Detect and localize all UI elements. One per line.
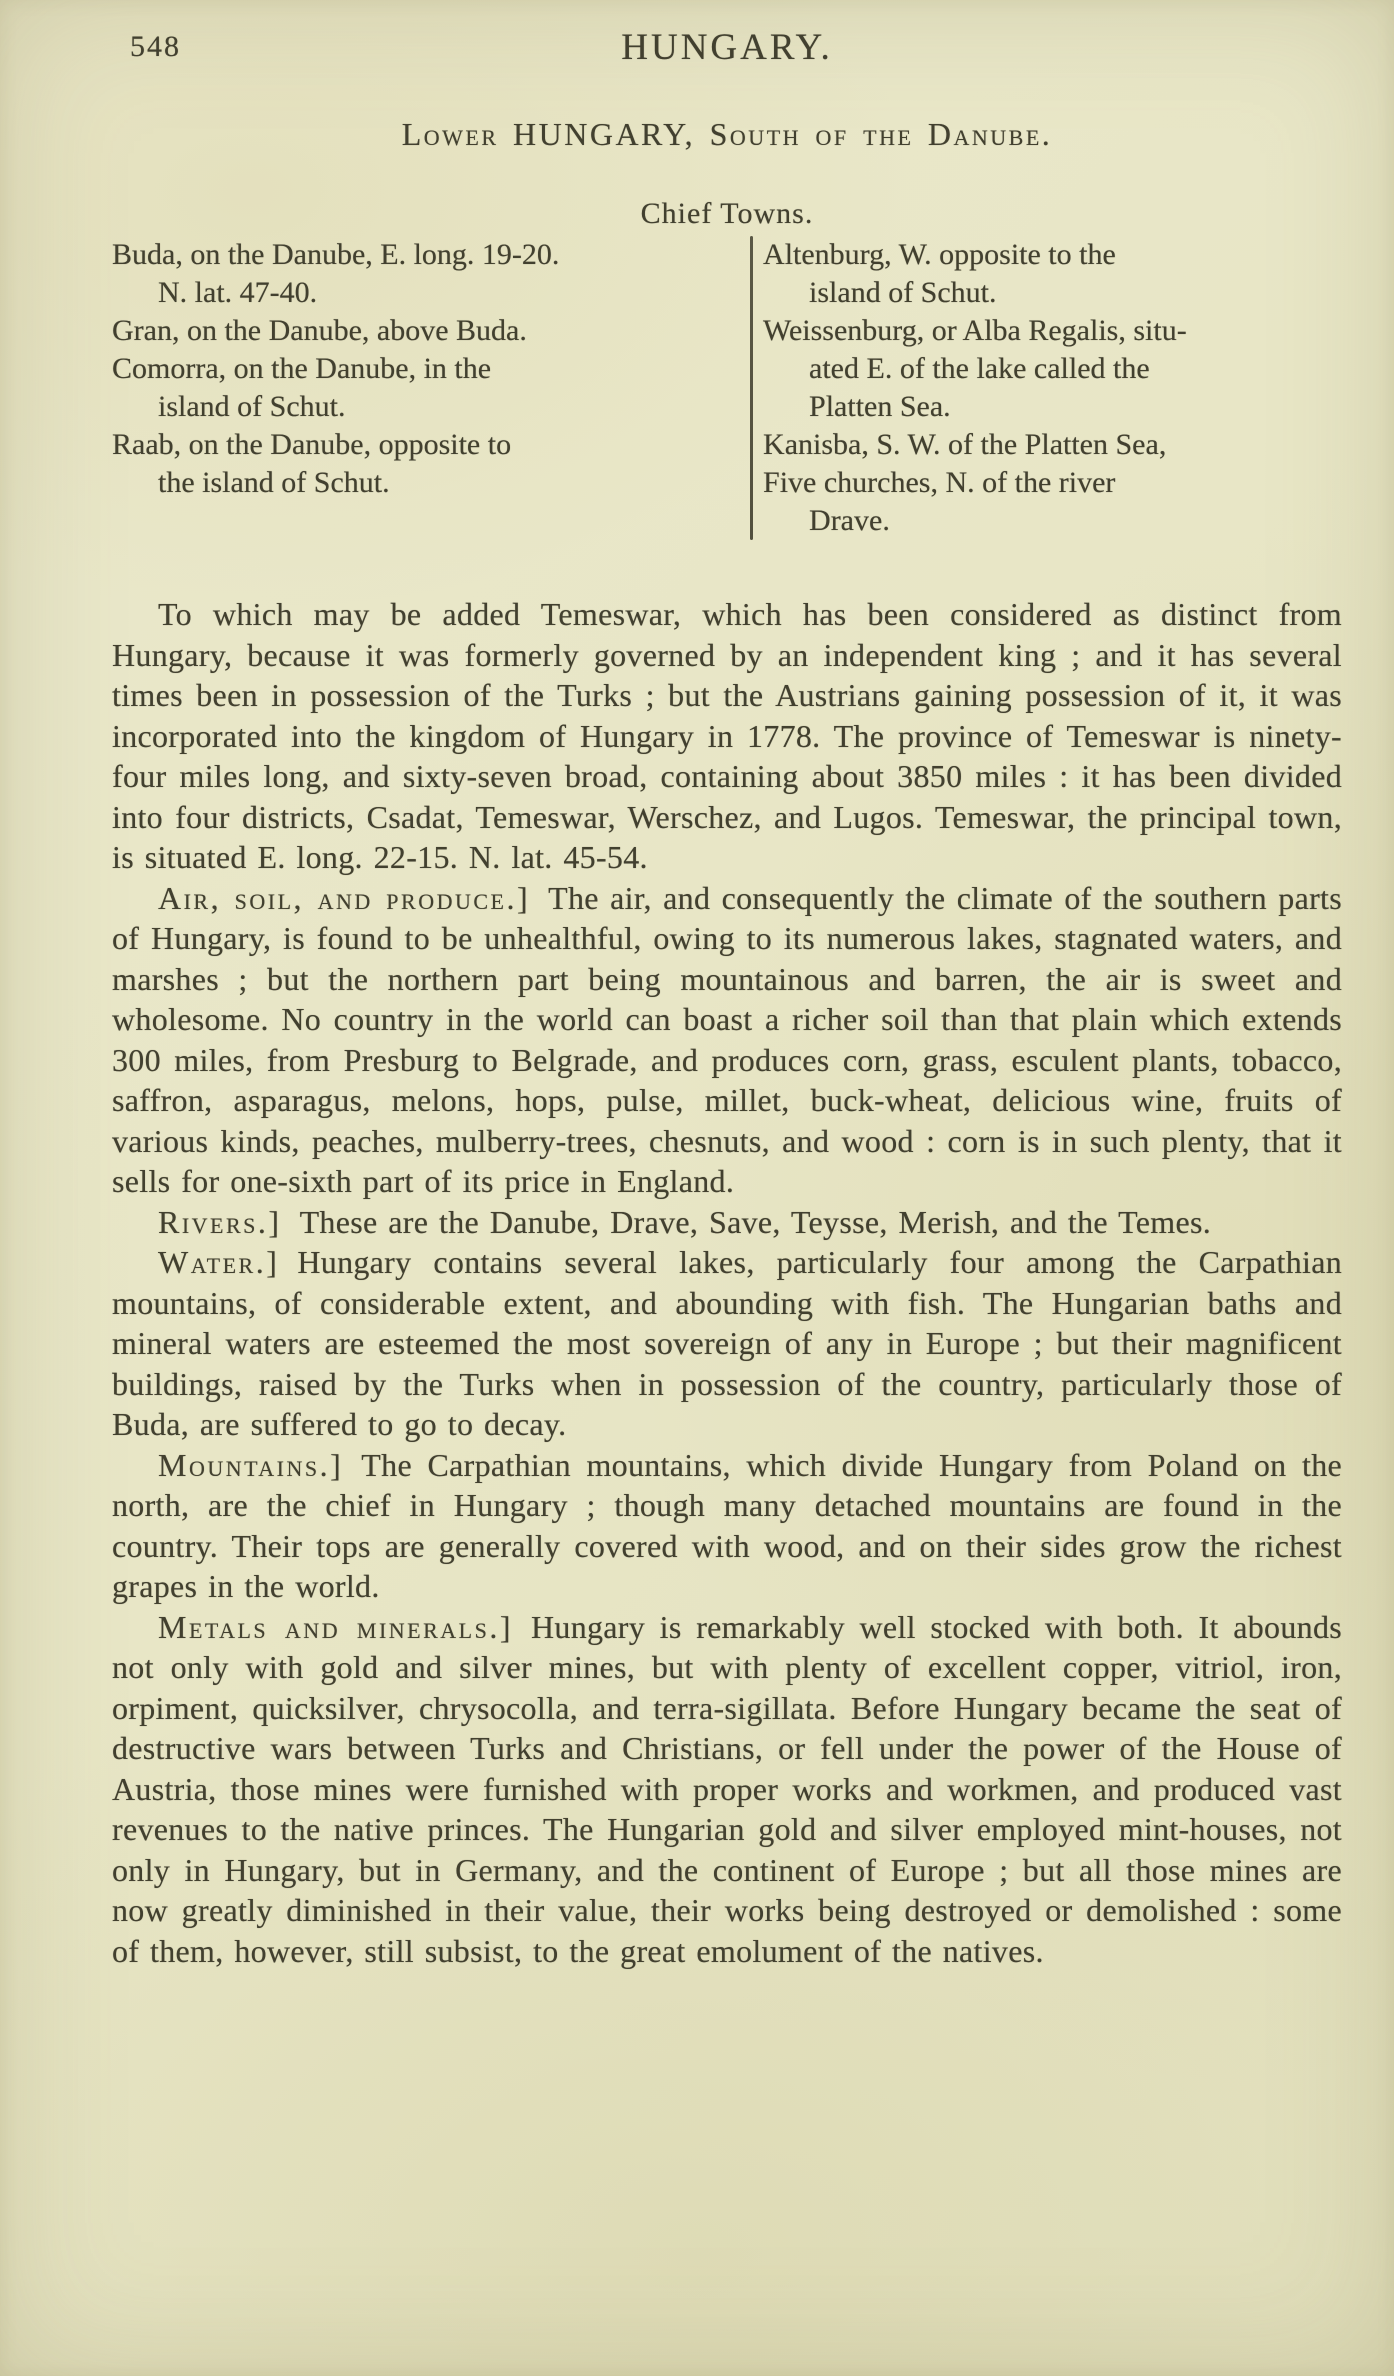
town-entry-raab: Raab, on the Danube, opposite to the isl… (112, 426, 748, 502)
section-head-rivers: Rivers.] (158, 1204, 282, 1240)
section-head-air-soil-produce: Air, soil, and produce.] (158, 880, 530, 916)
section-head-metals-minerals: Metals and minerals.] (158, 1609, 513, 1645)
book-page: 548 HUNGARY. Lower HUNGARY, South of the… (0, 0, 1394, 2376)
chief-towns-left-column: Buda, on the Danube, E. long. 19-20. N. … (112, 236, 750, 540)
paragraph-air-soil-produce-text: The air, and consequently the climate of… (112, 880, 1342, 1200)
chief-towns-right-column: Altenburg, W. opposite to the island of … (753, 236, 1342, 540)
paragraph-metals-minerals: Metals and minerals.]Hungary is remarkab… (112, 1607, 1342, 1972)
town-entry-kanisba: Kanisba, S. W. of the Platten Sea, (763, 426, 1342, 464)
section-title: Lower HUNGARY, South of the Danube. (112, 116, 1342, 153)
chief-towns-heading: Chief Towns. (112, 197, 1342, 231)
town-entry-buda: Buda, on the Danube, E. long. 19-20. N. … (112, 236, 748, 312)
town-entry-comorra: Comorra, on the Danube, in the island of… (112, 350, 748, 426)
running-title: HUNGARY. (112, 26, 1342, 69)
paragraph-mountains: Mountains.]The Carpathian mountains, whi… (112, 1445, 1342, 1607)
section-head-water: Water.] (158, 1244, 279, 1280)
page-header: 548 HUNGARY. (112, 0, 1342, 78)
paragraph-water: Water.]Hungary contains several lakes, p… (112, 1242, 1342, 1445)
paragraph-rivers-text: These are the Danube, Drave, Save, Teyss… (300, 1204, 1211, 1240)
chief-towns-section: Chief Towns. Buda, on the Danube, E. lon… (112, 197, 1342, 540)
paragraph-temeswar-text: To which may be added Temeswar, which ha… (112, 596, 1342, 875)
town-entry-gran: Gran, on the Danube, above Buda. (112, 312, 748, 350)
paragraph-water-text: Hungary contains several lakes, particul… (112, 1244, 1342, 1442)
section-head-mountains: Mountains.] (158, 1447, 343, 1483)
paragraph-metals-minerals-text: Hungary is remarkably well stocked with … (112, 1609, 1342, 1969)
town-entry-five-churches: Five churches, N. of the river Drave. (763, 464, 1342, 540)
town-entry-altenburg: Altenburg, W. opposite to the island of … (763, 236, 1342, 312)
page-body: To which may be added Temeswar, which ha… (112, 594, 1342, 1971)
paragraph-air-soil-produce: Air, soil, and produce.]The air, and con… (112, 878, 1342, 1202)
paragraph-temeswar: To which may be added Temeswar, which ha… (112, 594, 1342, 878)
page-number: 548 (130, 30, 181, 64)
town-entry-weissenburg: Weissenburg, or Alba Regalis, situ- ated… (763, 312, 1342, 426)
chief-towns-columns: Buda, on the Danube, E. long. 19-20. N. … (112, 236, 1342, 540)
paragraph-rivers: Rivers.]These are the Danube, Drave, Sav… (112, 1202, 1342, 1243)
